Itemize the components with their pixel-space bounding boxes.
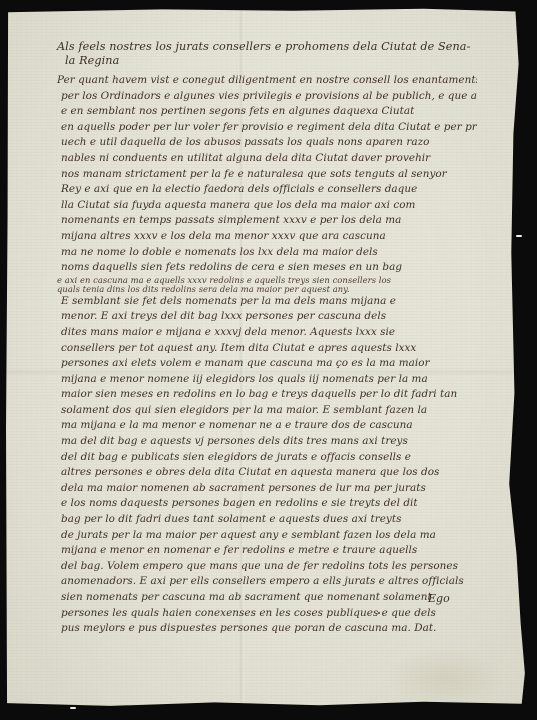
address-line-2: la Regina bbox=[57, 54, 477, 68]
body-line: pus meylors e pus dispuestes persones qu… bbox=[57, 621, 477, 637]
body-line: dela ma maior nomenen ab sacrament perso… bbox=[57, 481, 477, 497]
body-line: nomenants en temps passats simplement xx… bbox=[57, 213, 477, 229]
body-line: nos manam strictament per la fe e natura… bbox=[57, 167, 477, 183]
letter-body: Per quant havem vist e conegut diligentm… bbox=[57, 73, 477, 637]
body-line: bag per lo dit fadri dues tant solament … bbox=[57, 512, 477, 528]
body-line: persones axi elets volem e manam que cas… bbox=[57, 356, 477, 372]
body-line: mijana e menor en nomenar e fer redolins… bbox=[57, 543, 477, 559]
body-line: e en semblant nos pertinen segons fets e… bbox=[57, 104, 477, 120]
body-line: altres persones e obres dela dita Ciutat… bbox=[57, 465, 477, 481]
paper-tear bbox=[70, 707, 76, 709]
scan-background: Als feels nostres los jurats consellers … bbox=[0, 0, 537, 720]
body-line: anomenadors. E axi per ells consellers e… bbox=[57, 574, 477, 590]
body-line: uech e util daquella de los abusos passa… bbox=[57, 135, 477, 151]
body-line: ma ne nome lo doble e nomenats los lxx d… bbox=[57, 245, 477, 261]
signature: Ego bbox=[428, 592, 450, 605]
body-line: lla Ciutat sia fuyda aquesta manera que … bbox=[57, 198, 477, 214]
body-line: persones les quals haien conexenses en l… bbox=[57, 606, 477, 622]
body-line: ma mijana e la ma menor e nomenar ne a e… bbox=[57, 418, 477, 434]
paper-tear bbox=[516, 235, 522, 237]
body-line: maior sien meses en redolins en lo bag e… bbox=[57, 387, 477, 403]
body-line: en aquells poder per lur voler fer provi… bbox=[57, 120, 477, 136]
body-line: ma del dit bag e aquests vj persones del… bbox=[57, 434, 477, 450]
body-line: mijana altres xxxv e los dela ma menor x… bbox=[57, 229, 477, 245]
body-line: e los noms daquests persones bagen en re… bbox=[57, 496, 477, 512]
body-line: per los Ordinadors e algunes vies privil… bbox=[57, 89, 477, 105]
body-line: sien nomenats per cascuna ma ab sacramen… bbox=[57, 590, 477, 606]
manuscript-text: Als feels nostres los jurats consellers … bbox=[57, 40, 477, 637]
body-line: mijana e menor nomene iij elegidors los … bbox=[57, 372, 477, 388]
body-line: noms daquells sien fets redolins de cera… bbox=[57, 260, 477, 276]
body-line: menor. E axi treys del dit bag lxxx pers… bbox=[57, 309, 477, 325]
paper-stain bbox=[386, 648, 506, 708]
body-line: nables ni conduents en utilitat alguna d… bbox=[57, 151, 477, 167]
address-line-1: Als feels nostres los jurats consellers … bbox=[57, 40, 477, 54]
body-line: Per quant havem vist e conegut diligentm… bbox=[57, 73, 477, 89]
body-line: solament dos qui sien elegidors per la m… bbox=[57, 403, 477, 419]
interlinear-line: quals tenia dins los dits redolins sera … bbox=[57, 285, 477, 294]
body-line: del dit bag e publicats sien elegidors d… bbox=[57, 450, 477, 466]
body-line: Rey e axi que en la electio faedora dels… bbox=[57, 182, 477, 198]
body-line: de jurats per la ma maior per aquest any… bbox=[57, 528, 477, 544]
body-line: E semblant sie fet dels nomenats per la … bbox=[57, 294, 477, 310]
body-line: dites mans maior e mijana e xxxvj dela m… bbox=[57, 325, 477, 341]
body-line: del bag. Volem empero que mans que una d… bbox=[57, 559, 477, 575]
interlinear-line: e axi en cascuna ma e aquells xxxv redol… bbox=[57, 276, 477, 285]
letter-address: Als feels nostres los jurats consellers … bbox=[57, 40, 477, 68]
body-line: consellers per tot aquest any. Item dita… bbox=[57, 341, 477, 357]
ink-dot bbox=[378, 612, 380, 614]
